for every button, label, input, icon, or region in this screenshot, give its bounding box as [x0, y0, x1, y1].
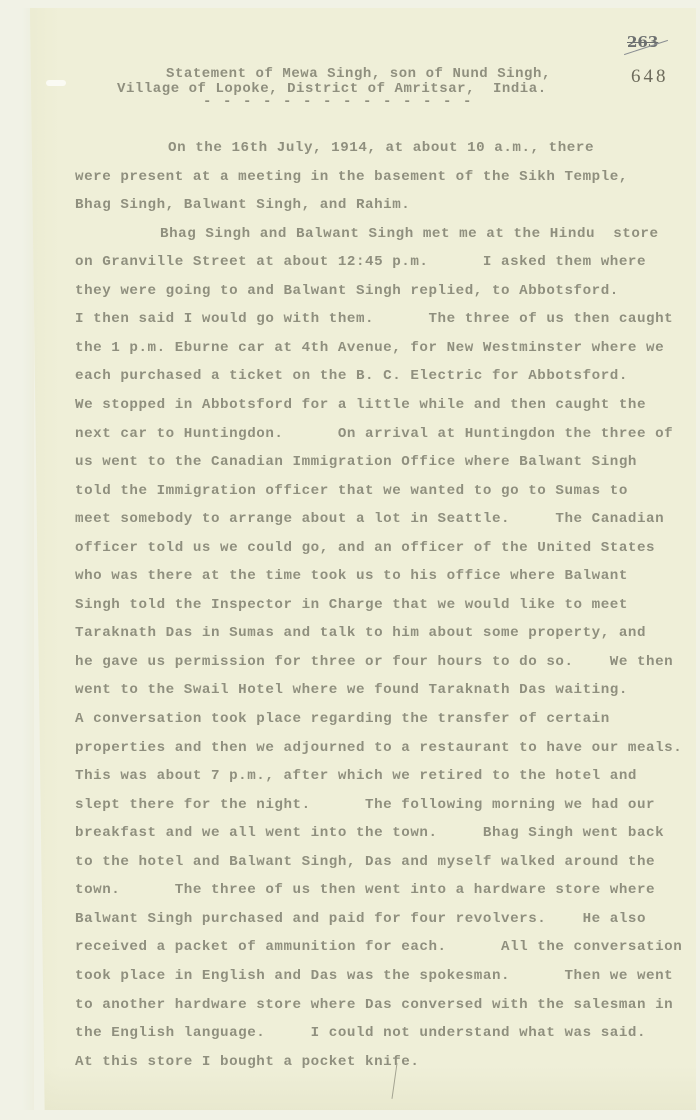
statement-line: went to the Swail Hotel where we found T…	[75, 682, 628, 698]
title-separator: - - - - - - - - - - - - - -	[203, 94, 473, 110]
statement-line: who was there at the time took us to his…	[75, 568, 628, 584]
statement-line: they were going to and Balwant Singh rep…	[75, 283, 619, 299]
struck-folio-number: 263	[627, 33, 658, 51]
statement-line: the 1 p.m. Eburne car at 4th Avenue, for…	[75, 340, 664, 356]
statement-line: Balwant Singh purchased and paid for fou…	[75, 911, 646, 927]
statement-line: meet somebody to arrange about a lot in …	[75, 511, 664, 527]
statement-line: Taraknath Das in Sumas and talk to him a…	[75, 625, 646, 641]
statement-line: he gave us permission for three or four …	[75, 654, 673, 670]
statement-line: town. The three of us then went into a h…	[75, 882, 655, 898]
statement-line: to the hotel and Balwant Singh, Das and …	[75, 854, 655, 870]
title-line-1: Statement of Mewa Singh, son of Nund Sin…	[166, 66, 551, 82]
statement-line: received a packet of ammunition for each…	[75, 939, 682, 955]
statement-line: Bhag Singh and Balwant Singh met me at t…	[160, 226, 659, 242]
statement-line: On the 16th July, 1914, at about 10 a.m.…	[168, 140, 594, 156]
statement-line: Singh told the Inspector in Charge that …	[75, 597, 628, 613]
statement-line: took place in English and Das was the sp…	[75, 968, 673, 984]
statement-line: told the Immigration officer that we wan…	[75, 483, 628, 499]
statement-line: Bhag Singh, Balwant Singh, and Rahim.	[75, 197, 410, 213]
statement-line: A conversation took place regarding the …	[75, 711, 610, 727]
statement-line: were present at a meeting in the basemen…	[75, 169, 628, 185]
statement-line: breakfast and we all went into the town.…	[75, 825, 664, 841]
statement-line: This was about 7 p.m., after which we re…	[75, 768, 637, 784]
statement-line: I then said I would go with them. The th…	[75, 311, 673, 327]
folio-number: 648	[631, 66, 669, 88]
paper-blemish	[46, 80, 66, 86]
statement-line: officer told us we could go, and an offi…	[75, 540, 655, 556]
statement-line: each purchased a ticket on the B. C. Ele…	[75, 368, 628, 384]
statement-line: properties and then we adjourned to a re…	[75, 740, 682, 756]
statement-line: slept there for the night. The following…	[75, 797, 655, 813]
statement-line: We stopped in Abbotsford for a little wh…	[75, 397, 646, 413]
statement-line: to another hardware store where Das conv…	[75, 997, 673, 1013]
statement-line: next car to Huntingdon. On arrival at Hu…	[75, 426, 673, 442]
statement-line: us went to the Canadian Immigration Offi…	[75, 454, 637, 470]
statement-line: on Granville Street at about 12:45 p.m. …	[75, 254, 646, 270]
statement-line: the English language. I could not unders…	[75, 1025, 646, 1041]
statement-line: At this store I bought a pocket knife.	[75, 1054, 419, 1070]
